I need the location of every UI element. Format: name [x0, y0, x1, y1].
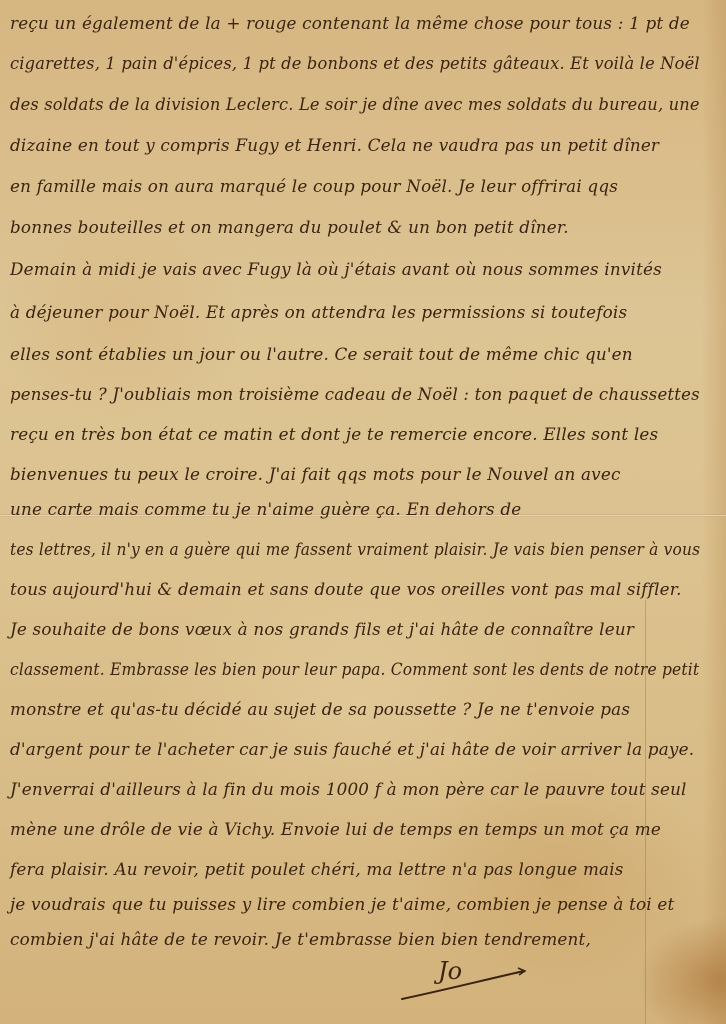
signature: Jo: [400, 955, 530, 1005]
signature-underline-stroke: [400, 955, 530, 1005]
letter-line-12: bienvenues tu peux le croire. J'ai fait …: [10, 465, 700, 485]
letter-line-8: à déjeuner pour Noël. Et après on attend…: [10, 303, 700, 323]
letter-line-13: une carte mais comme tu je n'aime guère …: [10, 500, 700, 520]
letter-line-1: reçu un également de la + rouge contenan…: [10, 14, 700, 34]
letter-line-23: je voudrais que tu puisses y lire combie…: [10, 895, 700, 915]
signature-text: Jo: [438, 957, 462, 985]
letter-line-24: combien j'ai hâte de te revoir. Je t'emb…: [10, 930, 700, 950]
letter-line-19: d'argent pour te l'acheter car je suis f…: [10, 740, 700, 760]
letter-line-10: penses-tu ? J'oubliais mon troisième cad…: [10, 385, 691, 405]
letter-line-6: bonnes bouteilles et on mangera du poule…: [10, 218, 700, 238]
letter-line-11: reçu en très bon état ce matin et dont j…: [10, 425, 700, 445]
letter-line-14: tes lettres, il n'y en a guère qui me fa…: [10, 540, 645, 560]
letter-line-21: mène une drôle de vie à Vichy. Envoie lu…: [10, 820, 700, 840]
letter-line-17: classement. Embrasse les bien pour leur …: [10, 660, 648, 680]
letter-line-18: monstre et qu'as-tu décidé au sujet de s…: [10, 700, 700, 720]
letter-line-9: elles sont établies un jour ou l'autre. …: [10, 345, 700, 365]
letter-line-2: cigarettes, 1 pain d'épices, 1 pt de bon…: [10, 54, 679, 74]
letter-line-4: dizaine en tout y compris Fugy et Henri.…: [10, 136, 700, 156]
paper-edge-shading: [702, 0, 726, 1024]
letter-line-22: fera plaisir. Au revoir, petit poulet ch…: [10, 860, 700, 880]
letter-line-7: Demain à midi je vais avec Fugy là où j'…: [10, 260, 700, 280]
letter-line-5: en famille mais on aura marqué le coup p…: [10, 177, 700, 197]
letter-line-20: J'enverrai d'ailleurs à la fin du mois 1…: [10, 780, 700, 800]
letter-line-16: Je souhaite de bons vœux à nos grands fi…: [10, 620, 700, 640]
letter-line-15: tous aujourd'hui & demain et sans doute …: [10, 580, 700, 600]
letter-line-3: des soldats de la division Leclerc. Le s…: [10, 95, 678, 115]
letter-page: reçu un également de la + rouge contenan…: [0, 0, 726, 1024]
